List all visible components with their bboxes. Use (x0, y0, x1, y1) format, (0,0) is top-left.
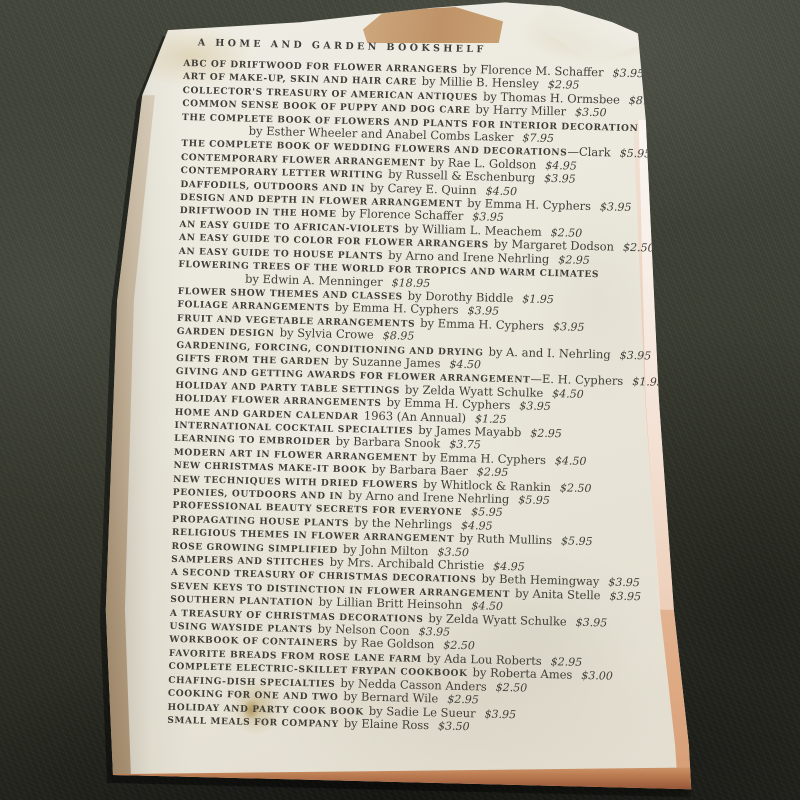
book-back-cover: A HOME AND GARDEN BOOKSHELF ABC OF DRIFT… (98, 0, 696, 794)
book-price: $3.00 (581, 669, 613, 683)
book-price: $3.95 (612, 66, 644, 80)
book-price: $4.50 (552, 387, 584, 401)
book-price: $3.95 (620, 348, 652, 362)
book-price: $4.50 (555, 454, 587, 468)
book-price: $3.50 (438, 719, 470, 733)
book-price: $2.50 (623, 241, 655, 255)
book-price: $3.95 (600, 200, 632, 214)
book-price: $2.50 (560, 481, 592, 495)
book-price: $5.95 (518, 493, 550, 507)
book-price: $2.95 (530, 427, 562, 441)
jacket-text: A HOME AND GARDEN BOOKSHELF ABC OF DRIFT… (167, 37, 684, 736)
book-price: $5.95 (620, 147, 652, 161)
book-author: by Anita Stelle (515, 586, 601, 602)
book-price: $1.95 (522, 292, 554, 306)
book-price: $3.95 (484, 707, 516, 721)
book-price: $3.95 (544, 172, 576, 186)
book-price: $3.95 (519, 399, 551, 413)
book-author: by Elaine Ross (344, 716, 430, 732)
book-author: by Emma H. Cyphers (420, 316, 544, 333)
photo-scene: A HOME AND GARDEN BOOKSHELF ABC OF DRIFT… (0, 0, 800, 800)
book-price: $3.95 (609, 589, 641, 603)
book-list: ABC OF DRIFTWOOD FOR FLOWER ARRANGERSby … (167, 54, 683, 736)
book-price: $5.95 (561, 535, 593, 549)
book-author: by Ruth Mullins (459, 531, 552, 547)
book-price: $3.95 (553, 320, 585, 334)
book-price: $3.95 (576, 615, 608, 629)
book-price: $2.50 (496, 680, 528, 694)
book-author: by A. and I. Nehrling (488, 344, 610, 361)
